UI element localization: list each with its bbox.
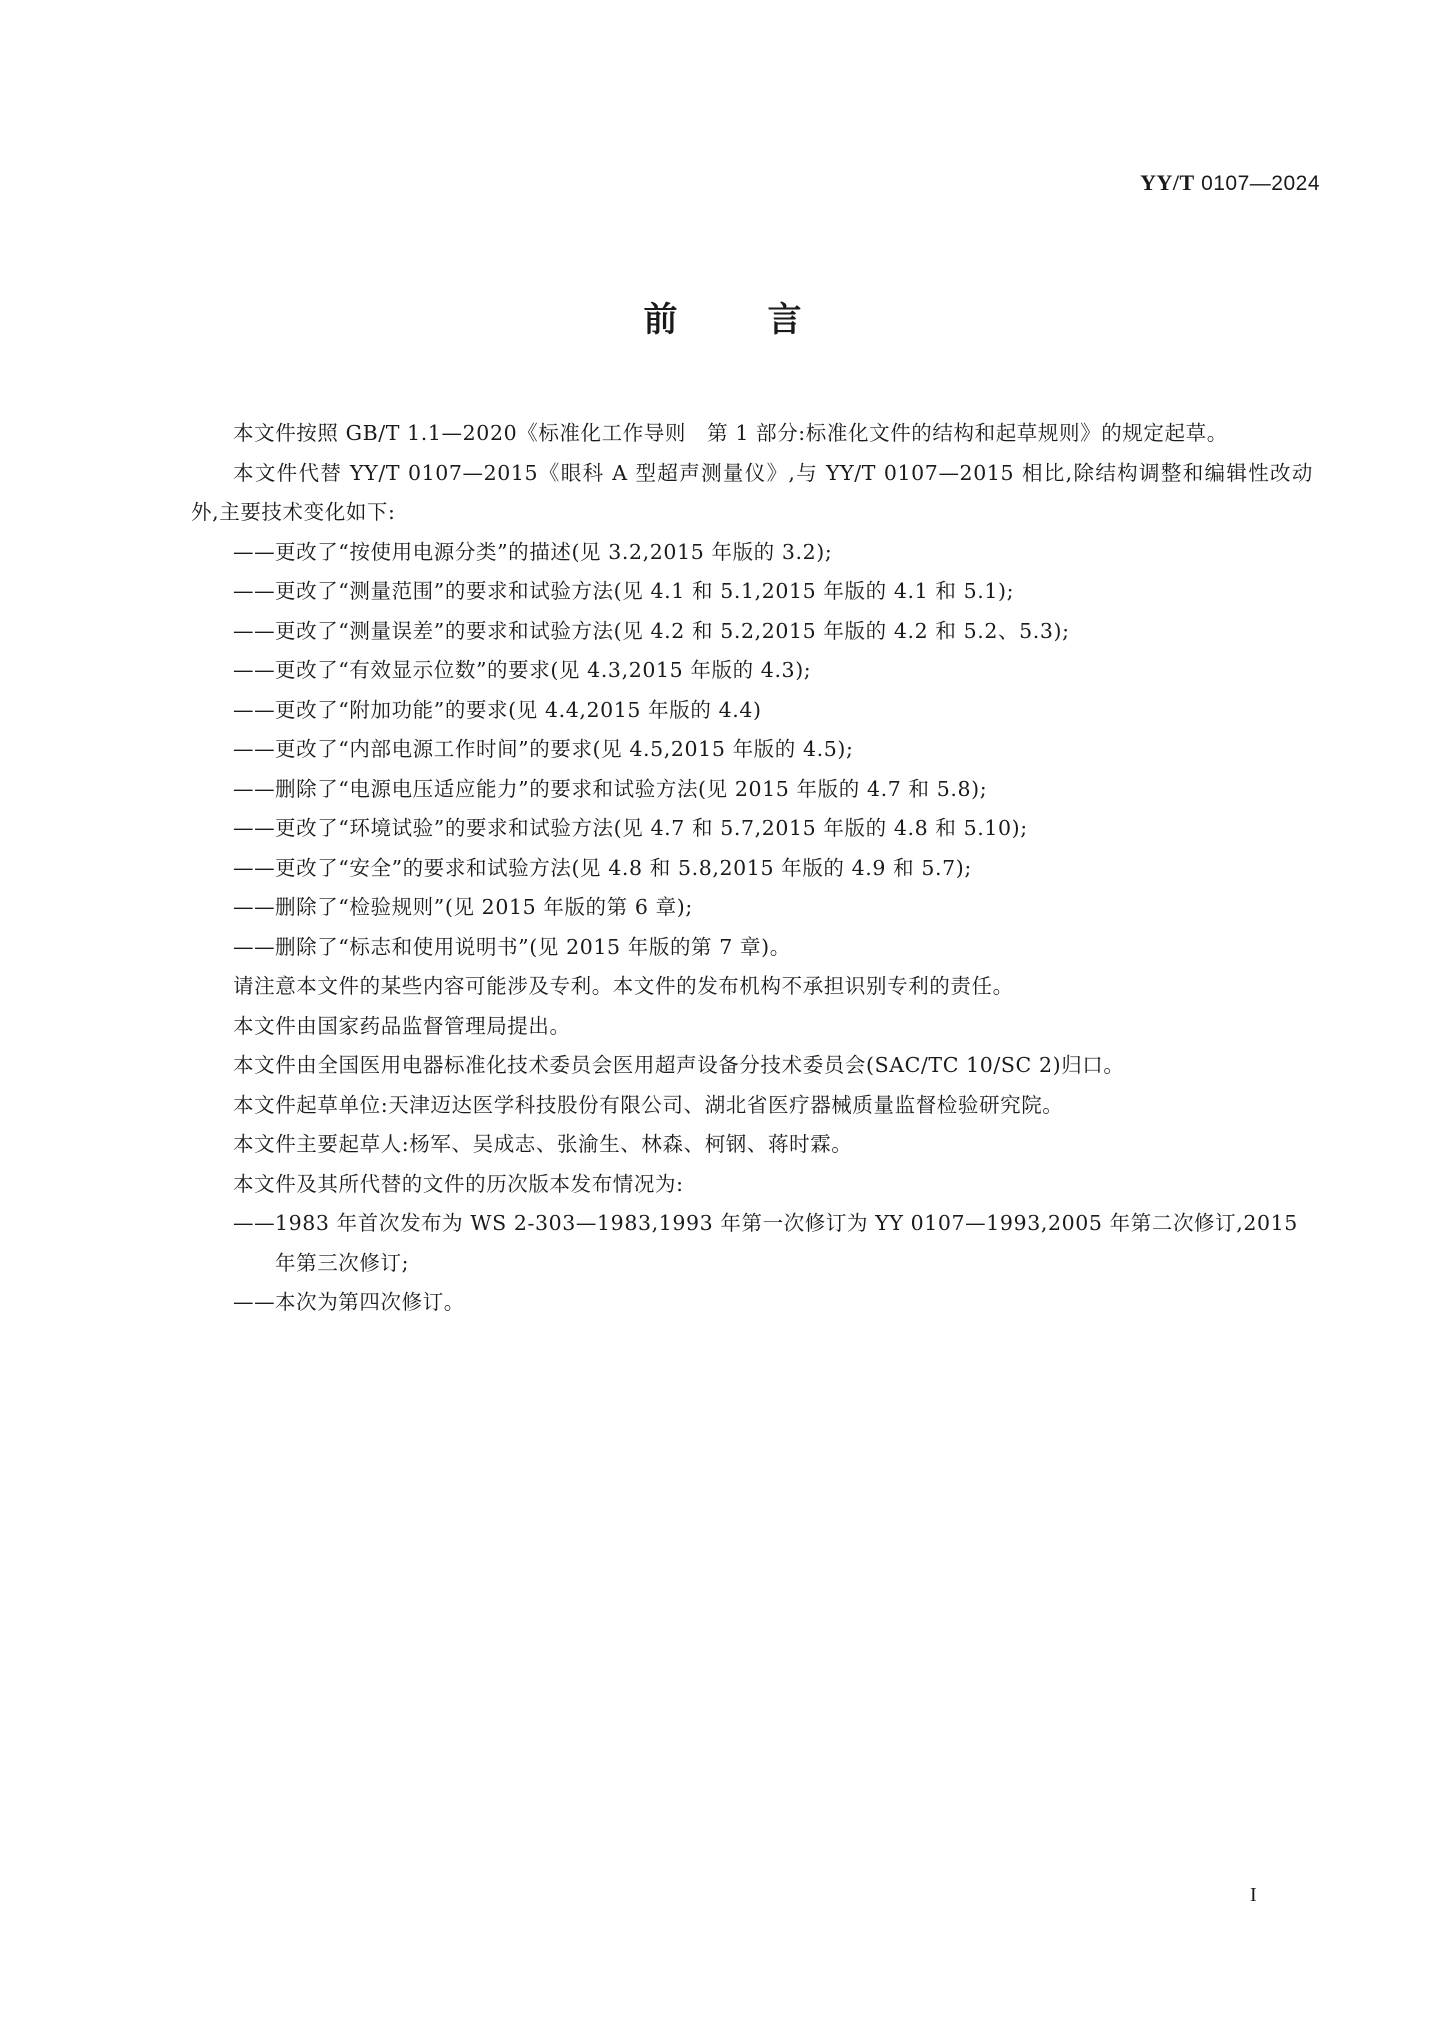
standard-number: 0107—2024 xyxy=(1201,172,1320,195)
list-item: ——更改了“测量范围”的要求和试验方法(见 4.1 和 5.1,2015 年版的… xyxy=(233,572,1313,612)
dash-marker: —— xyxy=(233,1204,275,1244)
drafting-units: 本文件起草单位:天津迈达医学科技股份有限公司、湖北省医疗器械质量监督检验研究院。 xyxy=(191,1086,1313,1126)
list-item-text: 删除了“检验规则”(见 2015 年版的第 6 章); xyxy=(275,895,693,919)
changes-list: ——更改了“按使用电源分类”的描述(见 3.2,2015 年版的 3.2); —… xyxy=(191,533,1313,968)
dash-marker: —— xyxy=(233,1283,275,1323)
standard-prefix: YY/T xyxy=(1140,170,1195,195)
page-number: I xyxy=(1250,1884,1257,1907)
dash-marker: —— xyxy=(233,849,275,889)
dash-marker: —— xyxy=(233,572,275,612)
dash-marker: —— xyxy=(233,691,275,731)
list-item: ——1983 年首次发布为 WS 2-303—1983,1993 年第一次修订为… xyxy=(233,1204,1313,1283)
list-item: ——更改了“有效显示位数”的要求(见 4.3,2015 年版的 4.3); xyxy=(233,651,1313,691)
list-item: ——更改了“安全”的要求和试验方法(见 4.8 和 5.8,2015 年版的 4… xyxy=(233,849,1313,889)
list-item-text: 更改了“按使用电源分类”的描述(见 3.2,2015 年版的 3.2); xyxy=(275,540,832,564)
dash-marker: —— xyxy=(233,888,275,928)
list-item-text: 更改了“安全”的要求和试验方法(见 4.8 和 5.8,2015 年版的 4.9… xyxy=(275,856,972,880)
main-drafters: 本文件主要起草人:杨军、吴成志、张渝生、林森、柯钢、蒋时霖。 xyxy=(191,1125,1313,1165)
standard-code: YY/T 0107—2024 xyxy=(1140,170,1320,196)
list-item: ——删除了“检验规则”(见 2015 年版的第 6 章); xyxy=(233,888,1313,928)
list-item-text: 更改了“有效显示位数”的要求(见 4.3,2015 年版的 4.3); xyxy=(275,658,811,682)
version-history-intro: 本文件及其所代替的文件的历次版本发布情况为: xyxy=(191,1165,1313,1205)
history-list: ——1983 年首次发布为 WS 2-303—1983,1993 年第一次修订为… xyxy=(191,1204,1313,1323)
dash-marker: —— xyxy=(233,809,275,849)
list-item-text: 本次为第四次修订。 xyxy=(275,1290,465,1314)
patent-notice: 请注意本文件的某些内容可能涉及专利。本文件的发布机构不承担识别专利的责任。 xyxy=(191,967,1313,1007)
list-item-text: 更改了“测量误差”的要求和试验方法(见 4.2 和 5.2,2015 年版的 4… xyxy=(275,619,1070,643)
list-item-text: 更改了“环境试验”的要求和试验方法(见 4.7 和 5.7,2015 年版的 4… xyxy=(275,816,1028,840)
paragraph-drafting-rules: 本文件按照 GB/T 1.1—2020《标准化工作导则 第 1 部分:标准化文件… xyxy=(191,414,1313,454)
dash-marker: —— xyxy=(233,770,275,810)
list-item: ——更改了“内部电源工作时间”的要求(见 4.5,2015 年版的 4.5); xyxy=(233,730,1313,770)
dash-marker: —— xyxy=(233,651,275,691)
page-title: 前言 xyxy=(0,292,1445,341)
list-item: ——更改了“环境试验”的要求和试验方法(见 4.7 和 5.7,2015 年版的… xyxy=(233,809,1313,849)
list-item-text: 更改了“测量范围”的要求和试验方法(见 4.1 和 5.1,2015 年版的 4… xyxy=(275,579,1014,603)
committee-statement: 本文件由全国医用电器标准化技术委员会医用超声设备分技术委员会(SAC/TC 10… xyxy=(191,1046,1313,1086)
dash-marker: —— xyxy=(233,730,275,770)
dash-marker: —— xyxy=(233,533,275,573)
list-item: ——本次为第四次修订。 xyxy=(233,1283,1313,1323)
list-item: ——删除了“电源电压适应能力”的要求和试验方法(见 2015 年版的 4.7 和… xyxy=(233,770,1313,810)
list-item: ——删除了“标志和使用说明书”(见 2015 年版的第 7 章)。 xyxy=(233,928,1313,968)
document-body: 本文件按照 GB/T 1.1—2020《标准化工作导则 第 1 部分:标准化文件… xyxy=(191,414,1313,1323)
dash-marker: —— xyxy=(233,928,275,968)
list-item: ——更改了“按使用电源分类”的描述(见 3.2,2015 年版的 3.2); xyxy=(233,533,1313,573)
list-item-text: 更改了“附加功能”的要求(见 4.4,2015 年版的 4.4) xyxy=(275,698,762,722)
list-item-text: 更改了“内部电源工作时间”的要求(见 4.5,2015 年版的 4.5); xyxy=(275,737,854,761)
list-item-text: 1983 年首次发布为 WS 2-303—1983,1993 年第一次修订为 Y… xyxy=(275,1211,1298,1275)
list-item: ——更改了“附加功能”的要求(见 4.4,2015 年版的 4.4) xyxy=(233,691,1313,731)
list-item-text: 删除了“电源电压适应能力”的要求和试验方法(见 2015 年版的 4.7 和 5… xyxy=(275,777,987,801)
list-item-text: 删除了“标志和使用说明书”(见 2015 年版的第 7 章)。 xyxy=(275,935,791,959)
dash-marker: —— xyxy=(233,612,275,652)
proposer-statement: 本文件由国家药品监督管理局提出。 xyxy=(191,1007,1313,1047)
list-item: ——更改了“测量误差”的要求和试验方法(见 4.2 和 5.2,2015 年版的… xyxy=(233,612,1313,652)
paragraph-replacement: 本文件代替 YY/T 0107—2015《眼科 A 型超声测量仪》,与 YY/T… xyxy=(191,454,1313,533)
